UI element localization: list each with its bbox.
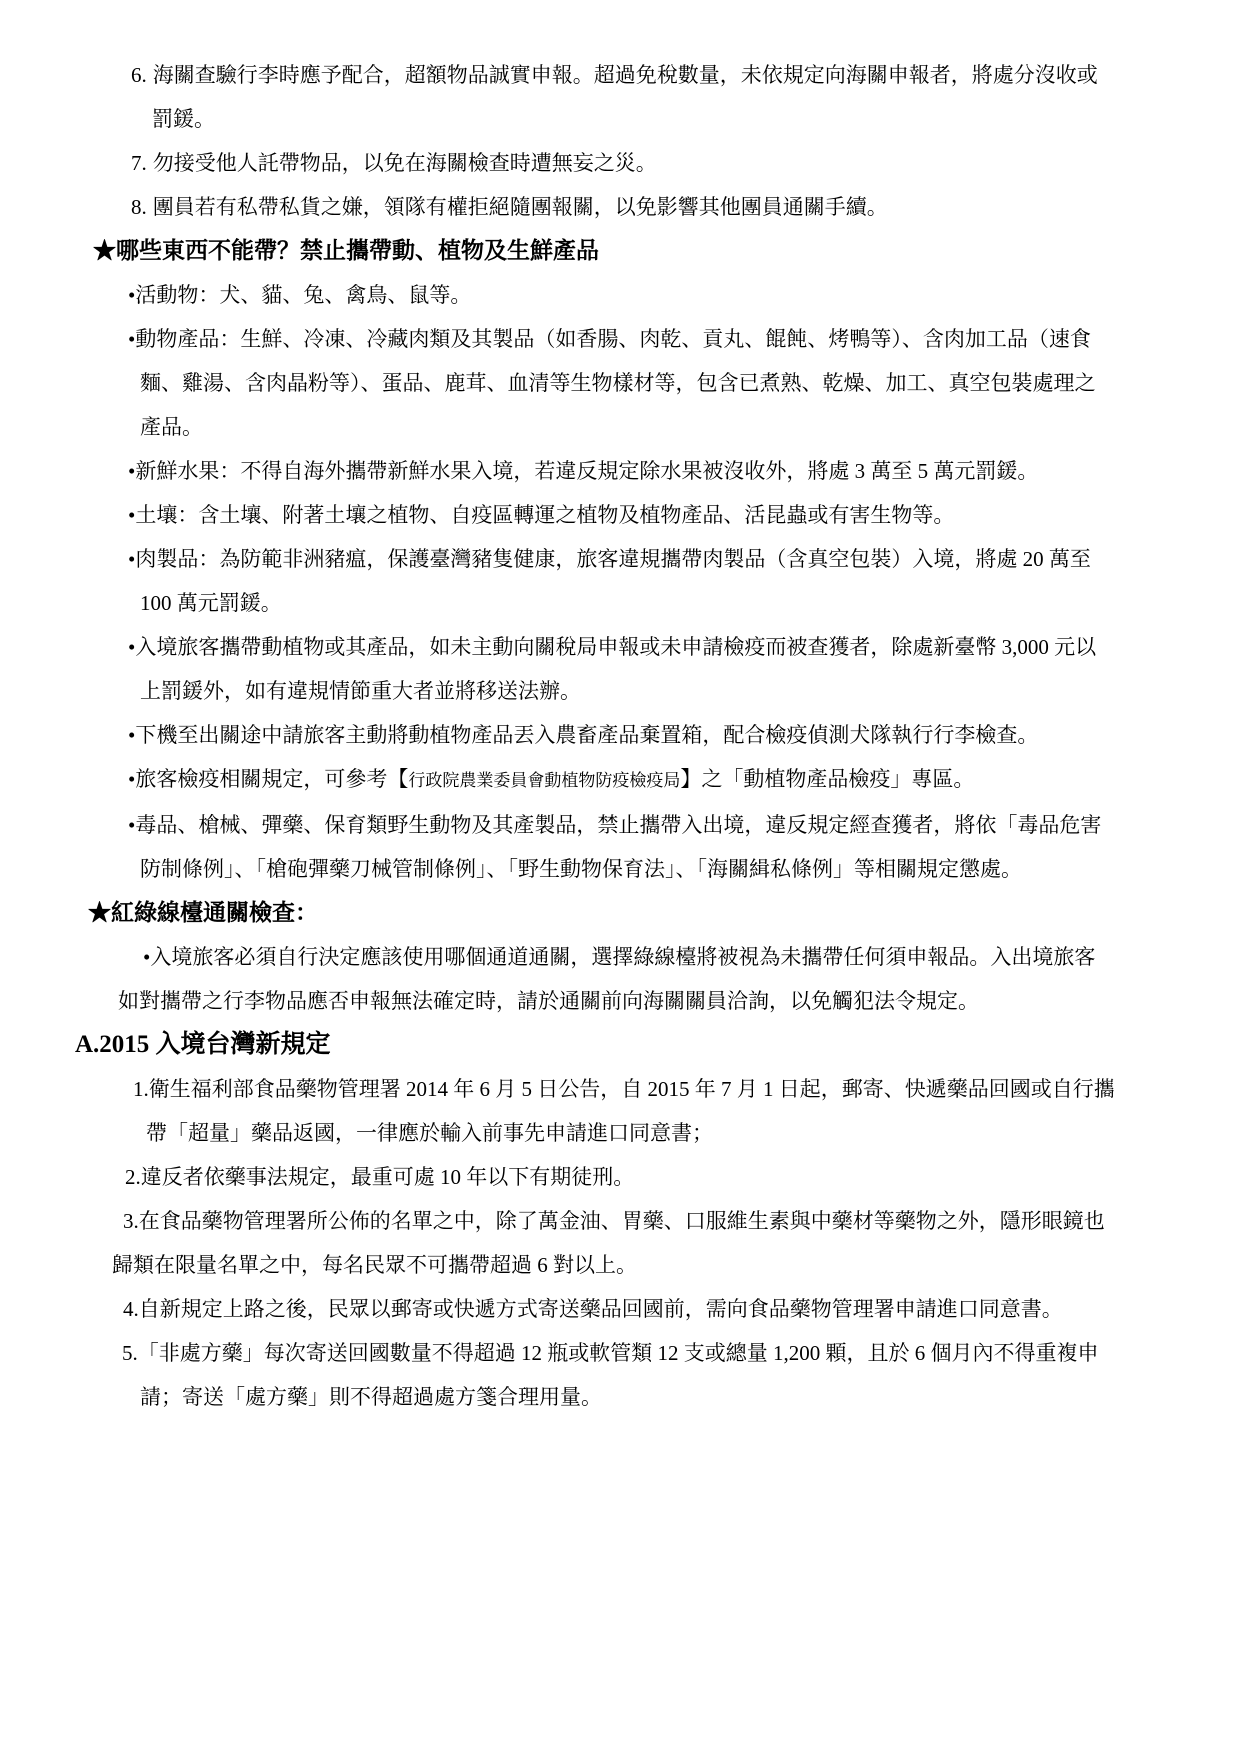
- item-number: 2.: [125, 1165, 141, 1189]
- bullet-live-animals: •活動物：犬、貓、兔、禽鳥、鼠等。: [0, 273, 1115, 317]
- bullet-animal-products: •動物產品：生鮮、冷凍、冷藏肉類及其製品（如香腸、肉乾、貢丸、餛飩、烤鴨等）、含…: [0, 317, 1115, 449]
- item-text: 「非處方藥」每次寄送回國數量不得超過 12 瓶或軟管類 12 支或總量 1,20…: [138, 1341, 1099, 1409]
- bullet-text: 新鮮水果：不得自海外攜帶新鮮水果入境，若違反規定除水果被沒收外，將處 3 萬至 …: [135, 459, 1038, 483]
- item-text: 海關查驗行李時應予配合，超額物品誠實申報。超過免稅數量，未依規定向海關申報者，將…: [152, 63, 1098, 131]
- numbered-item-6: 6.海關查驗行李時應予配合，超額物品誠實申報。超過免稅數量，未依規定向海關申報者…: [0, 53, 1115, 141]
- regulation-item-1: 1.衛生福利部食品藥物管理署 2014 年 6 月 5 日公告，自 2015 年…: [0, 1067, 1115, 1155]
- item-text: 違反者依藥事法規定，最重可處 10 年以下有期徒刑。: [141, 1165, 635, 1189]
- item-text: 自新規定上路之後，民眾以郵寄或快遞方式寄送藥品回國前，需向食品藥物管理署申請進口…: [139, 1297, 1063, 1321]
- bullet-text: 入境旅客攜帶動植物或其產品，如未主動向關稅局申報或未申請檢疫而被查獲者，除處新臺…: [135, 635, 1096, 703]
- bullet-fresh-fruit: •新鮮水果：不得自海外攜帶新鮮水果入境，若違反規定除水果被沒收外，將處 3 萬至…: [0, 449, 1115, 493]
- section-heading-2015-regulations: A.2015 入境台灣新規定: [0, 1023, 1115, 1067]
- item-text: 衛生福利部食品藥物管理署 2014 年 6 月 5 日公告，自 2015 年 7…: [146, 1077, 1115, 1145]
- bullet-disposal-bins: •下機至出關途中請旅客主動將動植物產品丟入農畜產品棄置箱，配合檢疫偵測犬隊執行行…: [0, 713, 1115, 757]
- numbered-item-8: 8.團員若有私帶私貨之嫌，領隊有權拒絕隨團報關，以免影響其他團員通關手續。: [0, 185, 1115, 229]
- item-number: 3.: [123, 1209, 139, 1233]
- item-text: 勿接受他人託帶物品，以免在海關檢查時遭無妄之災。: [153, 151, 657, 175]
- document-page: 6.海關查驗行李時應予配合，超額物品誠實申報。超過免稅數量，未依規定向海關申報者…: [0, 0, 1241, 1459]
- item-number: 5.: [122, 1341, 138, 1365]
- bullet-lane-selection: •入境旅客必須自行決定應該使用哪個通道通關，選擇綠線檯將被視為未攜帶任何須申報品…: [0, 935, 1115, 1023]
- bullet-text: 活動物：犬、貓、兔、禽鳥、鼠等。: [135, 283, 471, 307]
- regulation-item-4: 4.自新規定上路之後，民眾以郵寄或快遞方式寄送藥品回國前，需向食品藥物管理署申請…: [0, 1287, 1115, 1331]
- bullet-soil: •土壤：含土壤、附著土壤之植物、自疫區轉運之植物及植物產品、活昆蟲或有害生物等。: [0, 493, 1115, 537]
- numbered-item-7: 7.勿接受他人託帶物品，以免在海關檢查時遭無妄之災。: [0, 141, 1115, 185]
- item-text: 在食品藥物管理署所公佈的名單之中，除了萬金油、胃藥、口服維生素與中藥材等藥物之外…: [112, 1209, 1105, 1277]
- bullet-undeclared-plants-animals: •入境旅客攜帶動植物或其產品，如未主動向關稅局申報或未申請檢疫而被查獲者，除處新…: [0, 625, 1115, 713]
- bullet-text-agency-name: 行政院農業委員會動植物防疫檢疫局: [408, 771, 680, 790]
- item-number: 1.: [133, 1077, 149, 1101]
- bullet-text: 毒品、槍械、彈藥、保育類野生動物及其產製品，禁止攜帶入出境，違反規定經查獲者，將…: [135, 813, 1101, 881]
- bullet-drugs-weapons: •毒品、槍械、彈藥、保育類野生動物及其產製品，禁止攜帶入出境，違反規定經查獲者，…: [0, 803, 1115, 891]
- item-number: 7.: [131, 151, 147, 175]
- section-heading-prohibited-items: ★哪些東西不能帶？禁止攜帶動、植物及生鮮產品: [0, 229, 1115, 273]
- bullet-text: 肉製品：為防範非洲豬瘟，保護臺灣豬隻健康，旅客違規攜帶肉製品（含真空包裝）入境，…: [135, 547, 1091, 615]
- item-number: 4.: [123, 1297, 139, 1321]
- item-number: 6.: [131, 63, 147, 87]
- section-heading-red-green-lanes: ★紅綠線檯通關檢查：: [0, 891, 1115, 935]
- bullet-text: 下機至出關途中請旅客主動將動植物產品丟入農畜產品棄置箱，配合檢疫偵測犬隊執行行李…: [135, 723, 1038, 747]
- bullet-meat-products: •肉製品：為防範非洲豬瘟，保護臺灣豬隻健康，旅客違規攜帶肉製品（含真空包裝）入境…: [0, 537, 1115, 625]
- regulation-item-5: 5.「非處方藥」每次寄送回國數量不得超過 12 瓶或軟管類 12 支或總量 1,…: [0, 1331, 1115, 1419]
- bullet-text: 動物產品：生鮮、冷凍、冷藏肉類及其製品（如香腸、肉乾、貢丸、餛飩、烤鴨等）、含肉…: [135, 327, 1095, 439]
- regulation-item-2: 2.違反者依藥事法規定，最重可處 10 年以下有期徒刑。: [0, 1155, 1115, 1199]
- bullet-text: 土壤：含土壤、附著土壤之植物、自疫區轉運之植物及植物產品、活昆蟲或有害生物等。: [135, 503, 954, 527]
- bullet-text-before: 旅客檢疫相關規定，可參考【: [135, 767, 408, 791]
- bullet-text: 入境旅客必須自行決定應該使用哪個通道通關，選擇綠線檯將被視為未攜帶任何須申報品。…: [118, 945, 1095, 1013]
- bullet-quarantine-reference: •旅客檢疫相關規定，可參考【行政院農業委員會動植物防疫檢疫局】之「動植物產品檢疫…: [0, 757, 1115, 803]
- item-number: 8.: [131, 195, 147, 219]
- regulation-item-3: 3.在食品藥物管理署所公佈的名單之中，除了萬金油、胃藥、口服維生素與中藥材等藥物…: [0, 1199, 1115, 1287]
- item-text: 團員若有私帶私貨之嫌，領隊有權拒絕隨團報關，以免影響其他團員通關手續。: [153, 195, 888, 219]
- bullet-text-after: 】之「動植物產品檢疫」專區。: [680, 767, 974, 791]
